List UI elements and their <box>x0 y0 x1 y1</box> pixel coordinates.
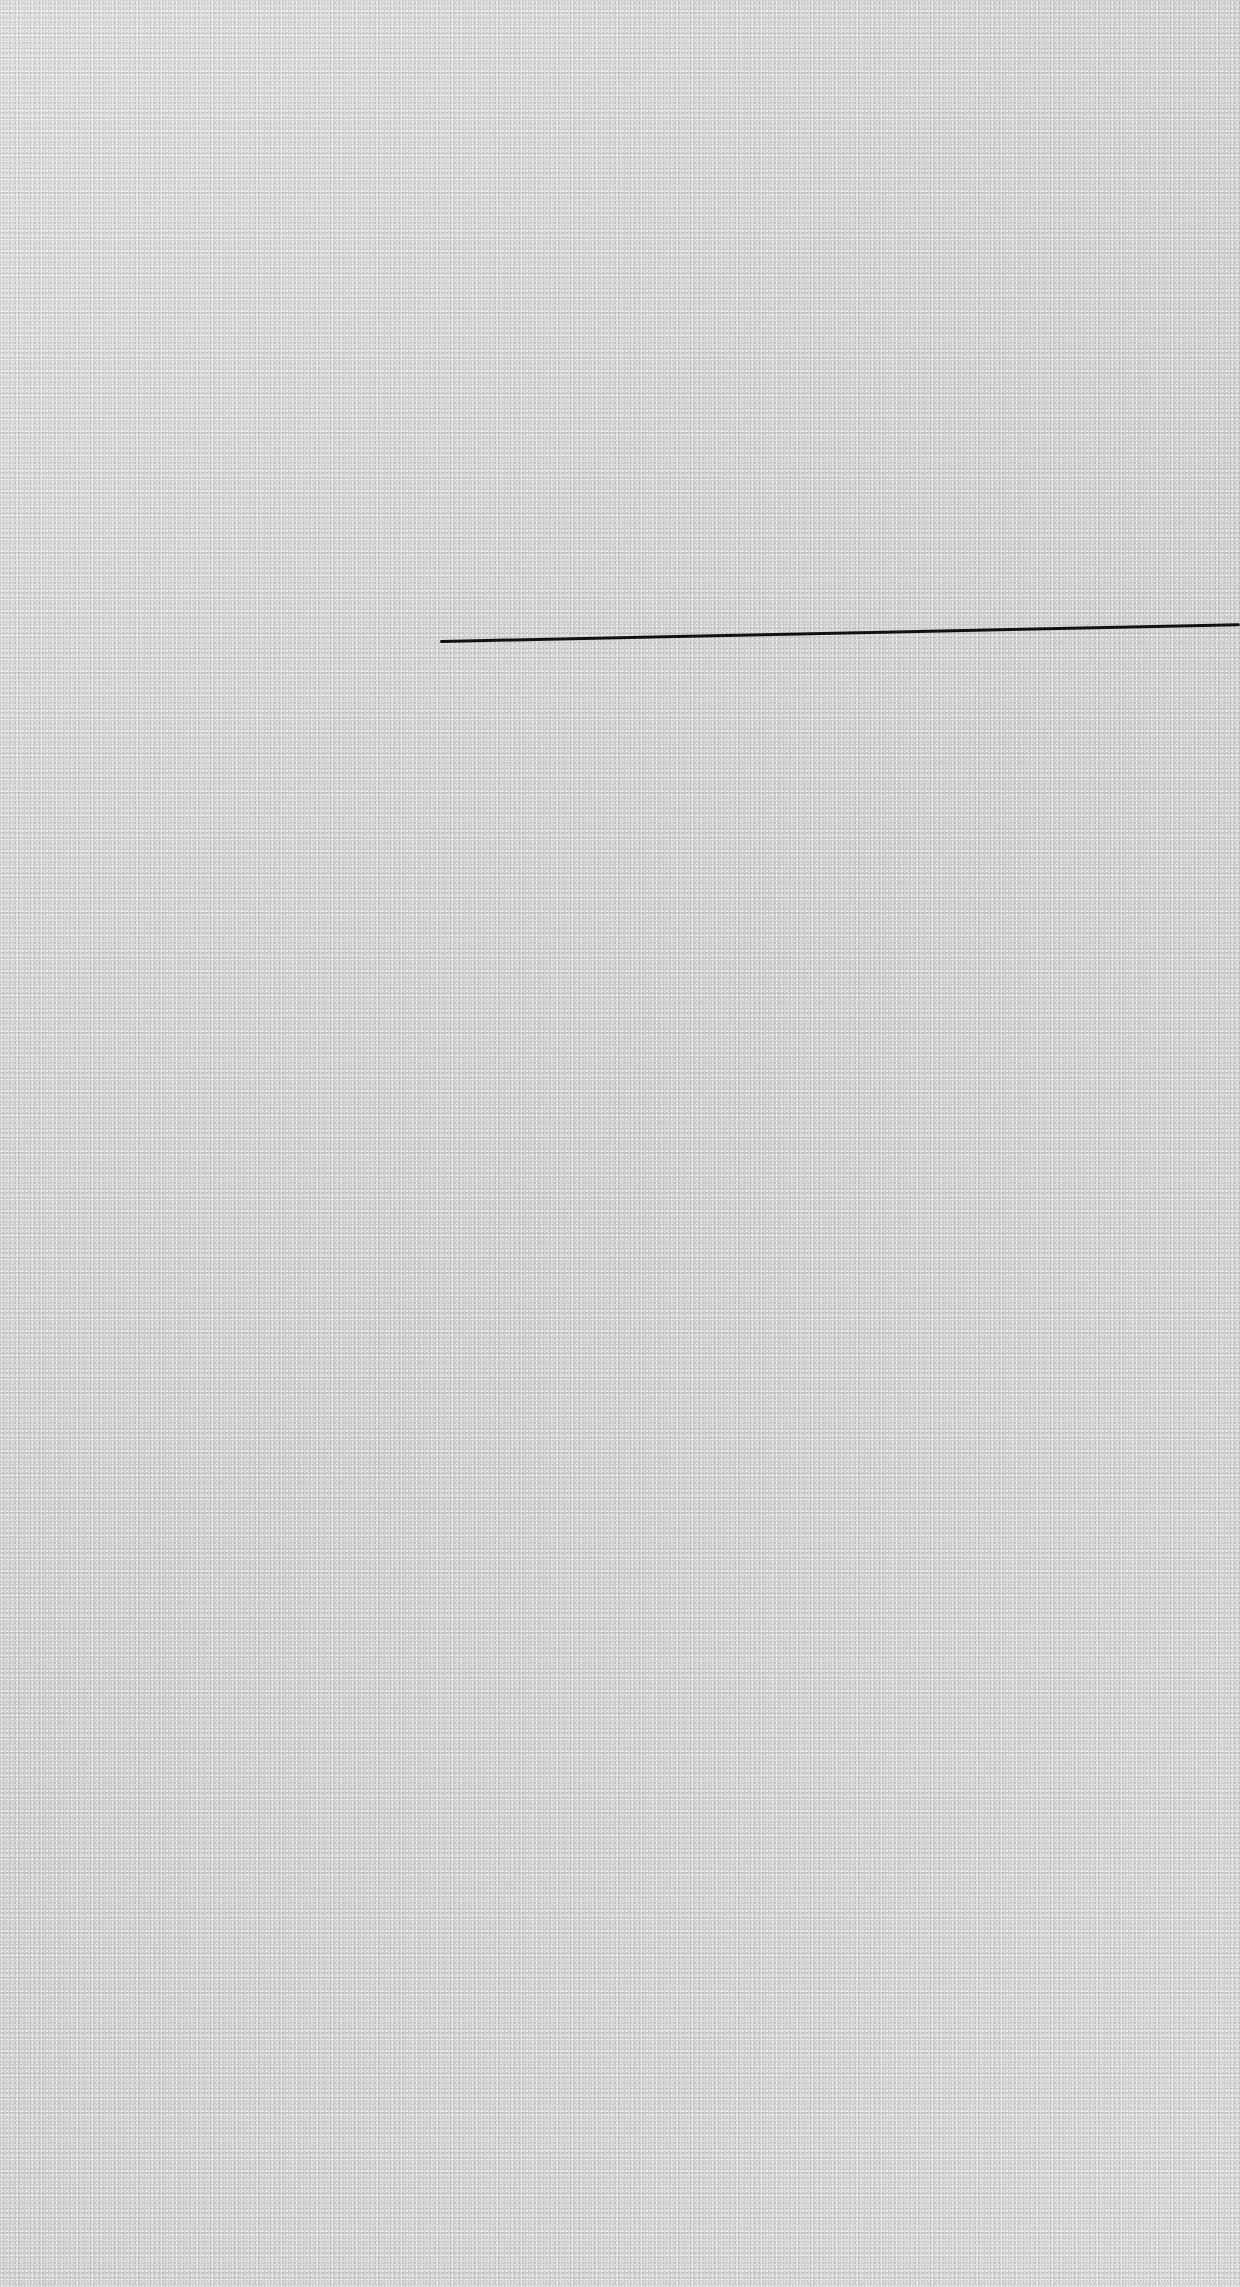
divider-line <box>440 623 1240 643</box>
